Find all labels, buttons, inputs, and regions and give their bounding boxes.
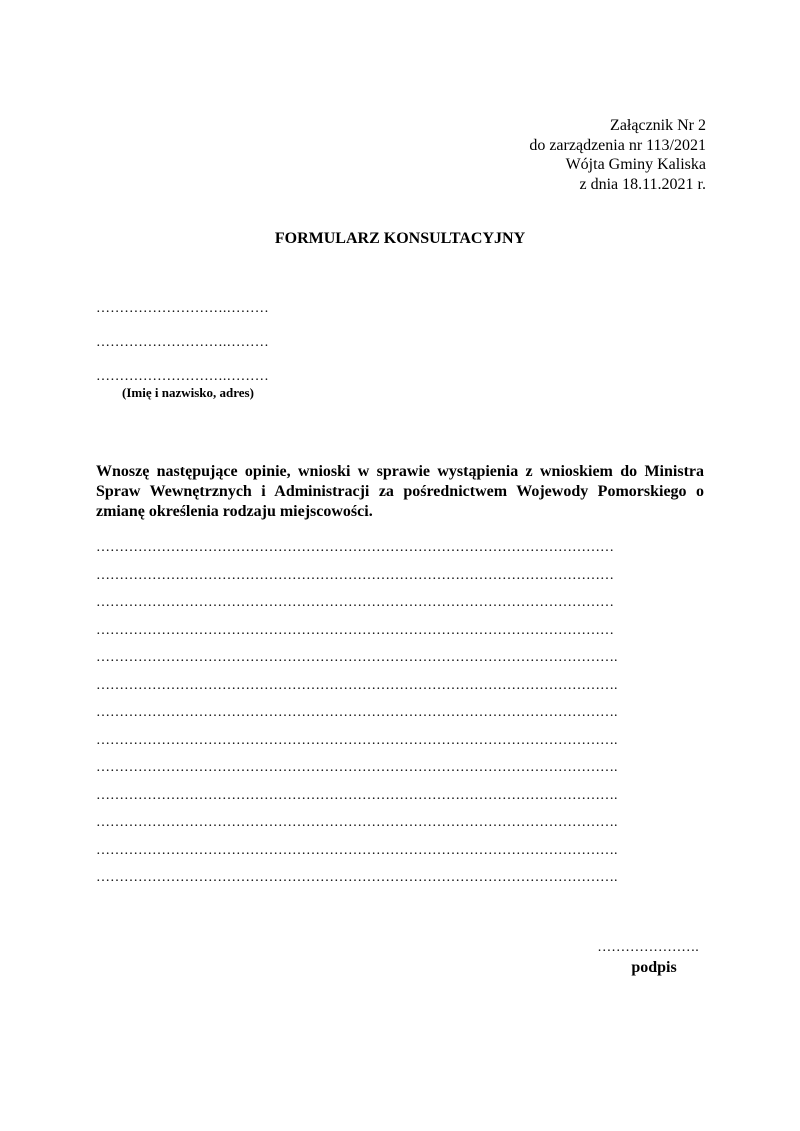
answer-line[interactable]: …………………………………………………………………………………………………. — [96, 705, 700, 733]
signature-block: …………………. podpis — [588, 940, 710, 977]
answer-line[interactable]: …………………………………………………………………………………………………. — [96, 678, 700, 706]
document-page: Załącznik Nr 2 do zarządzenia nr 113/202… — [0, 0, 800, 1131]
answer-line[interactable]: …………………………………………………………………………………………………. — [96, 760, 700, 788]
name-address-block: ……………………….……… ……………………….……… ……………………….……… — [96, 300, 356, 401]
page-title: FORMULARZ KONSULTACYJNY — [0, 230, 800, 248]
answer-line[interactable]: ………………………………………………………………………………………………… — [96, 540, 692, 568]
answer-line[interactable]: ………………………………………………………………………………………………… — [96, 623, 692, 651]
annex-authority: Wójta Gminy Kaliska — [529, 155, 706, 175]
signature-line[interactable]: …………………. — [588, 940, 708, 956]
annex-number: Załącznik Nr 2 — [529, 116, 706, 136]
name-field-line-2[interactable]: ……………………….……… — [96, 334, 296, 352]
answer-lines: …………………………………………………………………………………………………………… — [96, 540, 704, 898]
answer-line[interactable]: ………………………………………………………………………………………………… — [96, 595, 692, 623]
answer-line[interactable]: …………………………………………………………………………………………………. — [96, 650, 700, 678]
name-address-label: (Imię i nazwisko, adres) — [96, 385, 356, 401]
answer-line[interactable]: ………………………………………………………………………………………………… — [96, 568, 692, 596]
answer-line[interactable]: …………………………………………………………………………………………………. — [96, 733, 700, 761]
statement-text: Wnoszę następujące opinie, wnioski w spr… — [96, 462, 704, 522]
answer-line[interactable]: …………………………………………………………………………………………………. — [96, 815, 700, 843]
answer-line[interactable]: …………………………………………………………………………………………………. — [96, 870, 700, 898]
name-field-line-1[interactable]: ……………………….……… — [96, 300, 296, 318]
annex-date: z dnia 18.11.2021 r. — [529, 175, 706, 195]
name-field-line-3[interactable]: ……………………….……… — [96, 368, 296, 386]
annex-header: Załącznik Nr 2 do zarządzenia nr 113/202… — [529, 116, 706, 194]
answer-line[interactable]: …………………………………………………………………………………………………. — [96, 843, 700, 871]
signature-label: podpis — [588, 959, 710, 977]
answer-line[interactable]: …………………………………………………………………………………………………. — [96, 788, 700, 816]
annex-regulation: do zarządzenia nr 113/2021 — [529, 136, 706, 156]
